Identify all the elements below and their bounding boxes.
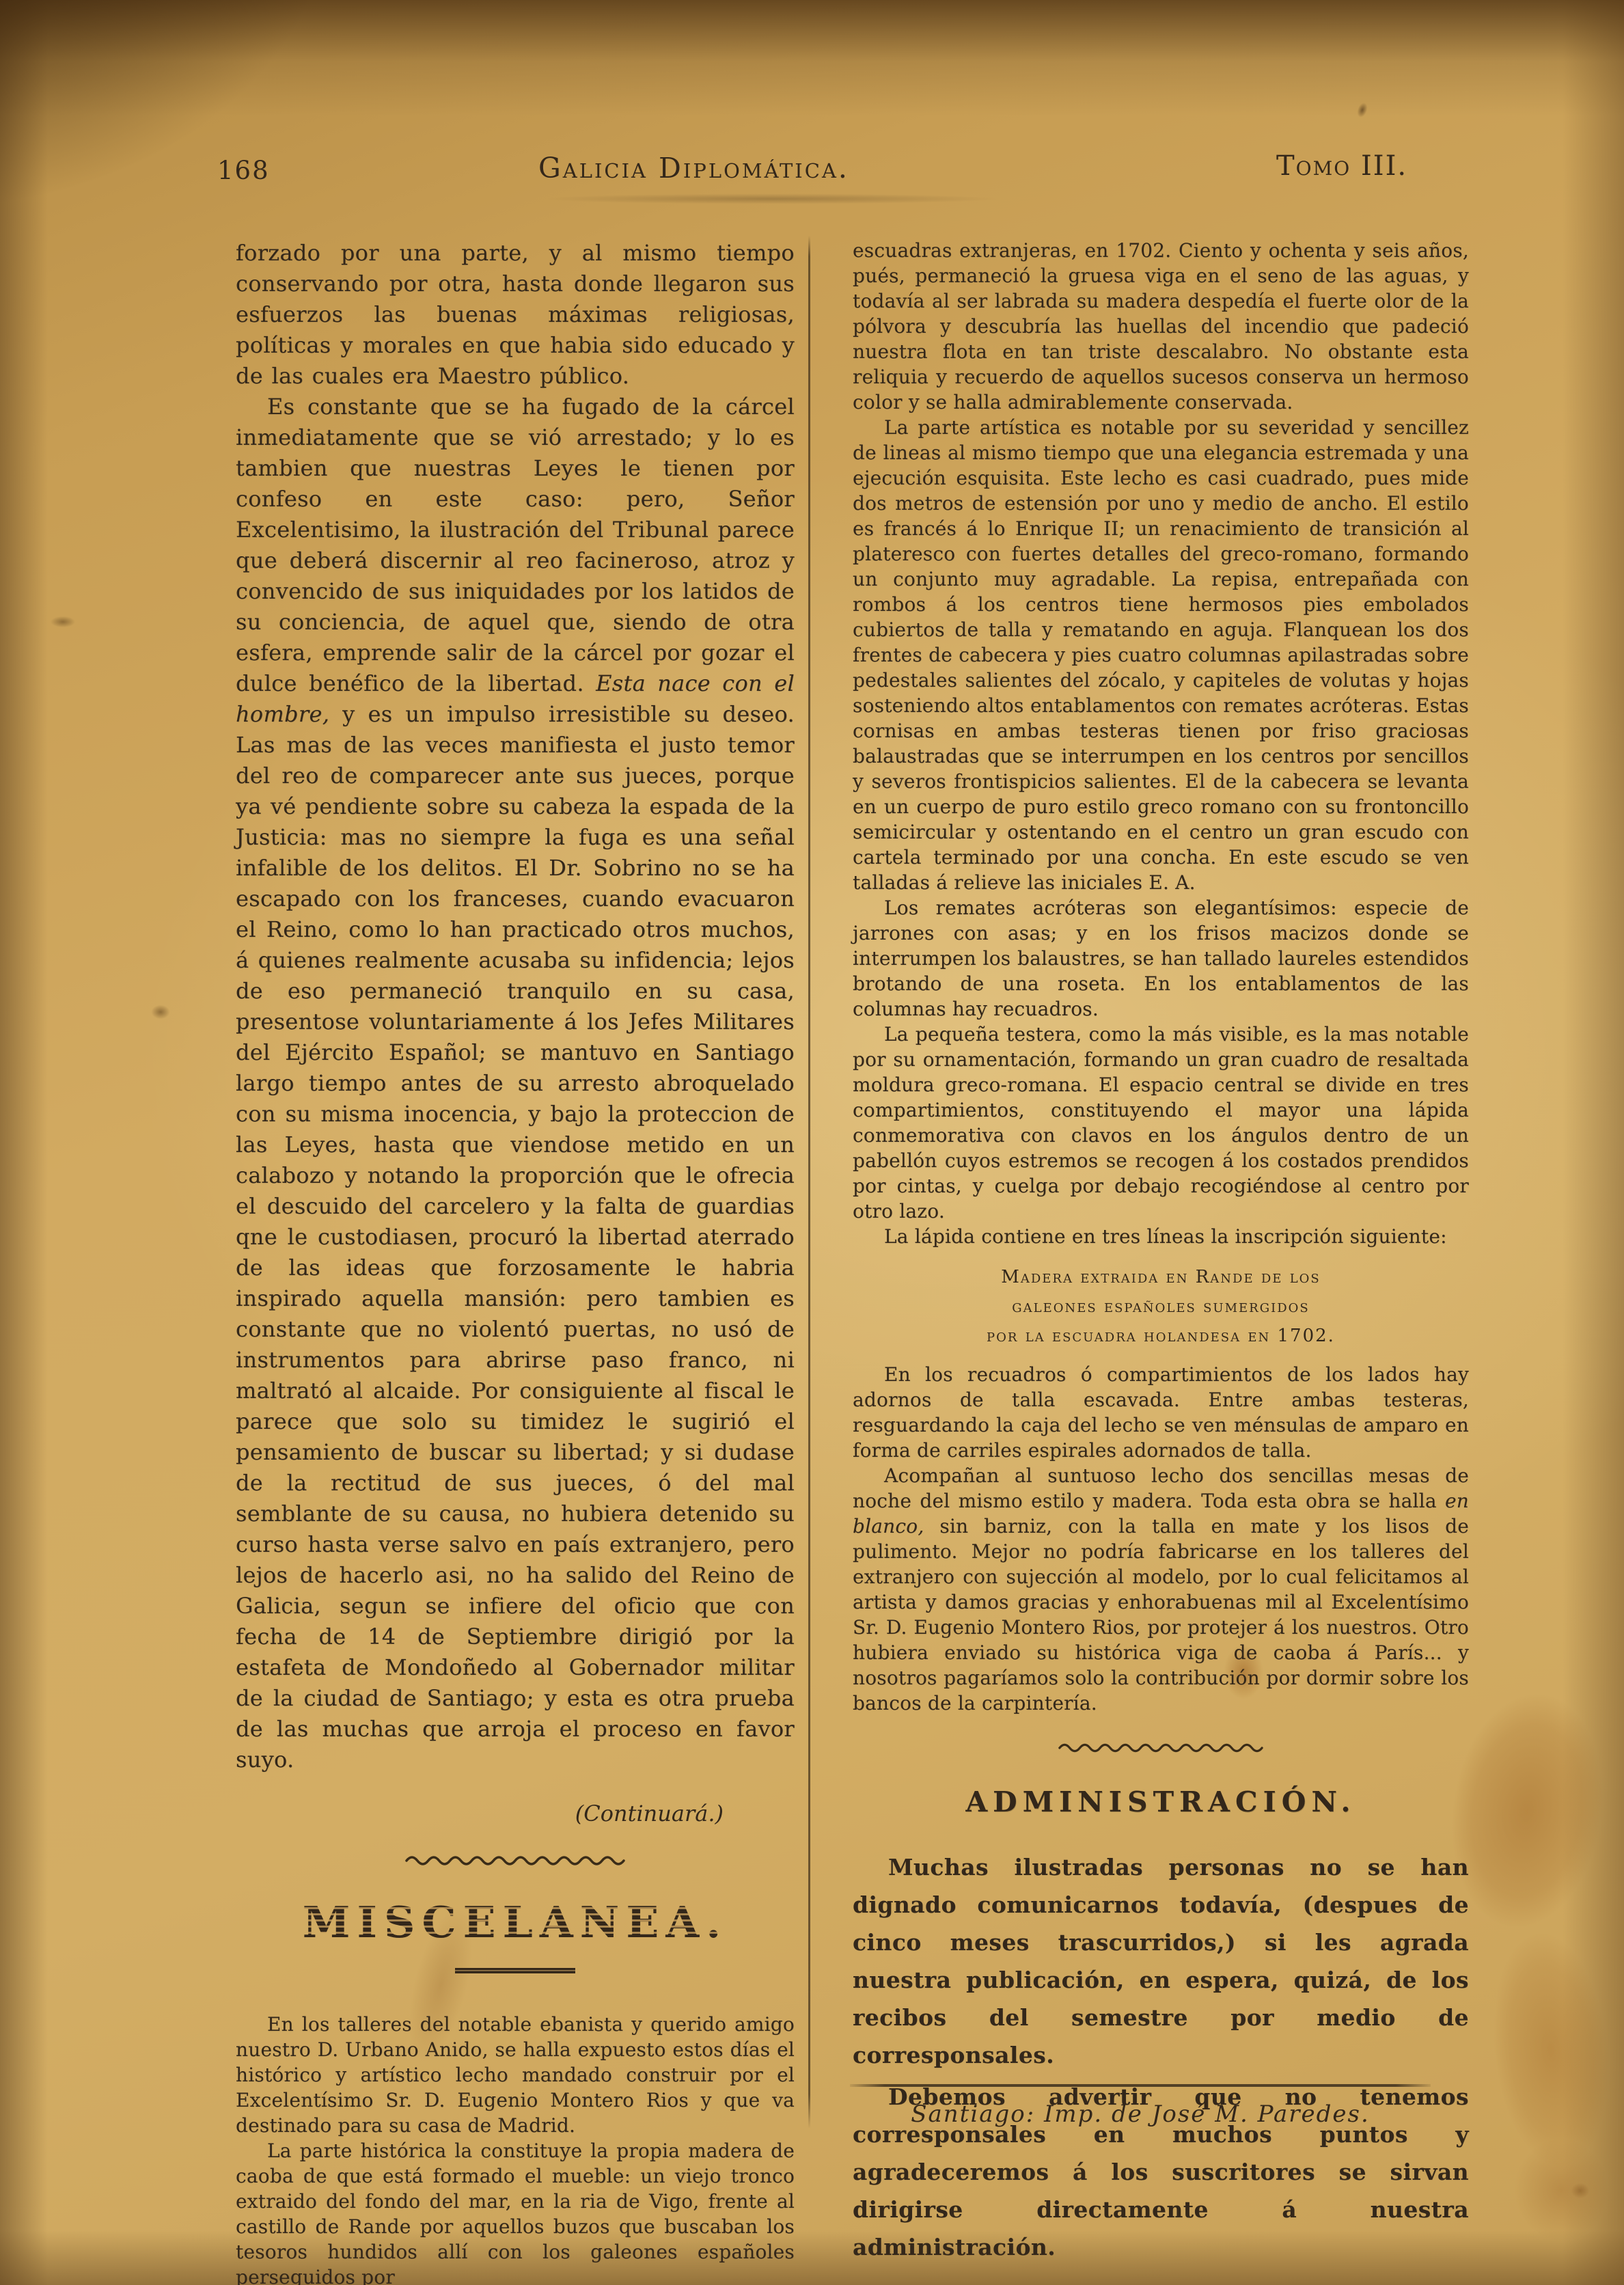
inscription-line: galeones españoles sumergidos: [853, 1292, 1469, 1322]
miscelanea-text: En los talleres del notable ebanista y q…: [236, 2012, 795, 2285]
paragraph: escuadras extranjeras, en 1702. Ciento y…: [853, 238, 1469, 415]
inscription-block: Madera extraida en Rande de losgaleones …: [853, 1263, 1469, 1351]
inscription-line: por la escuadra holandesa en 1702.: [853, 1322, 1469, 1351]
column-divider-rule: [808, 236, 810, 2129]
paragraph: Es constante que se ha fugado de la cárc…: [236, 392, 795, 1775]
paragraph: En los recuadros ó compartimientos de lo…: [853, 1362, 1469, 1463]
inscription-line: Madera extraida en Rande de los: [853, 1263, 1469, 1292]
paragraph: Acompañan al suntuoso lecho dos sencilla…: [853, 1463, 1469, 1716]
administracion-text: Muchas ilustradas personas no se han dig…: [853, 1848, 1469, 2266]
miscelanea-heading: MISCELANEA.: [236, 1897, 795, 1947]
left-column: forzado por una parte, y al mismo tiempo…: [236, 238, 795, 2285]
page-number: 168: [217, 156, 270, 185]
paper-stain: [1460, 1886, 1624, 2214]
imprint-rule: [850, 2084, 1431, 2087]
paragraph: Muchas ilustradas personas no se han dig…: [853, 1848, 1469, 2074]
miscelanea-continued-text-2: En los recuadros ó compartimientos de lo…: [853, 1362, 1469, 1716]
paper-stain: [1354, 100, 1371, 120]
paragraph: La parte artística es notable por su sev…: [853, 415, 1469, 895]
paragraph: La parte histórica la constituye la prop…: [236, 2138, 795, 2285]
paper-stain: [1496, 2118, 1624, 2262]
scanned-page: 168 Galicia Diplomática. Tomo III. forza…: [0, 0, 1624, 2285]
journal-title: Galicia Diplomática.: [538, 152, 849, 184]
heading-rule: [455, 1968, 575, 1973]
article-text: forzado por una parte, y al mismo tiempo…: [236, 238, 795, 1775]
imprint-line: Santiago: Imp. de José M. Paredes.: [850, 2101, 1431, 2128]
paper-stain: [1569, 2181, 1592, 2200]
ink-smudge: [506, 193, 1038, 205]
paragraph: En los talleres del notable ebanista y q…: [236, 2012, 795, 2138]
volume-label: Tomo III.: [1276, 150, 1407, 182]
paper-stain: [149, 1003, 172, 1021]
paragraph: forzado por una parte, y al mismo tiempo…: [236, 238, 795, 392]
paper-stain: [48, 615, 78, 629]
paragraph: La lápida contiene en tres líneas la ins…: [853, 1224, 1469, 1249]
wavy-divider-icon: [1058, 1742, 1263, 1754]
administracion-heading: ADMINISTRACIÓN.: [853, 1785, 1469, 1818]
right-column: escuadras extranjeras, en 1702. Ciento y…: [853, 238, 1469, 2266]
paragraph: La pequeña testera, como la más visible,…: [853, 1022, 1469, 1224]
paragraph: Los remates acróteras son elegantísimos:…: [853, 895, 1469, 1022]
miscelanea-continued-text: escuadras extranjeras, en 1702. Ciento y…: [853, 238, 1469, 1249]
continuation-note: (Continuará.): [236, 1798, 795, 1829]
wavy-divider-icon: [405, 1855, 625, 1867]
